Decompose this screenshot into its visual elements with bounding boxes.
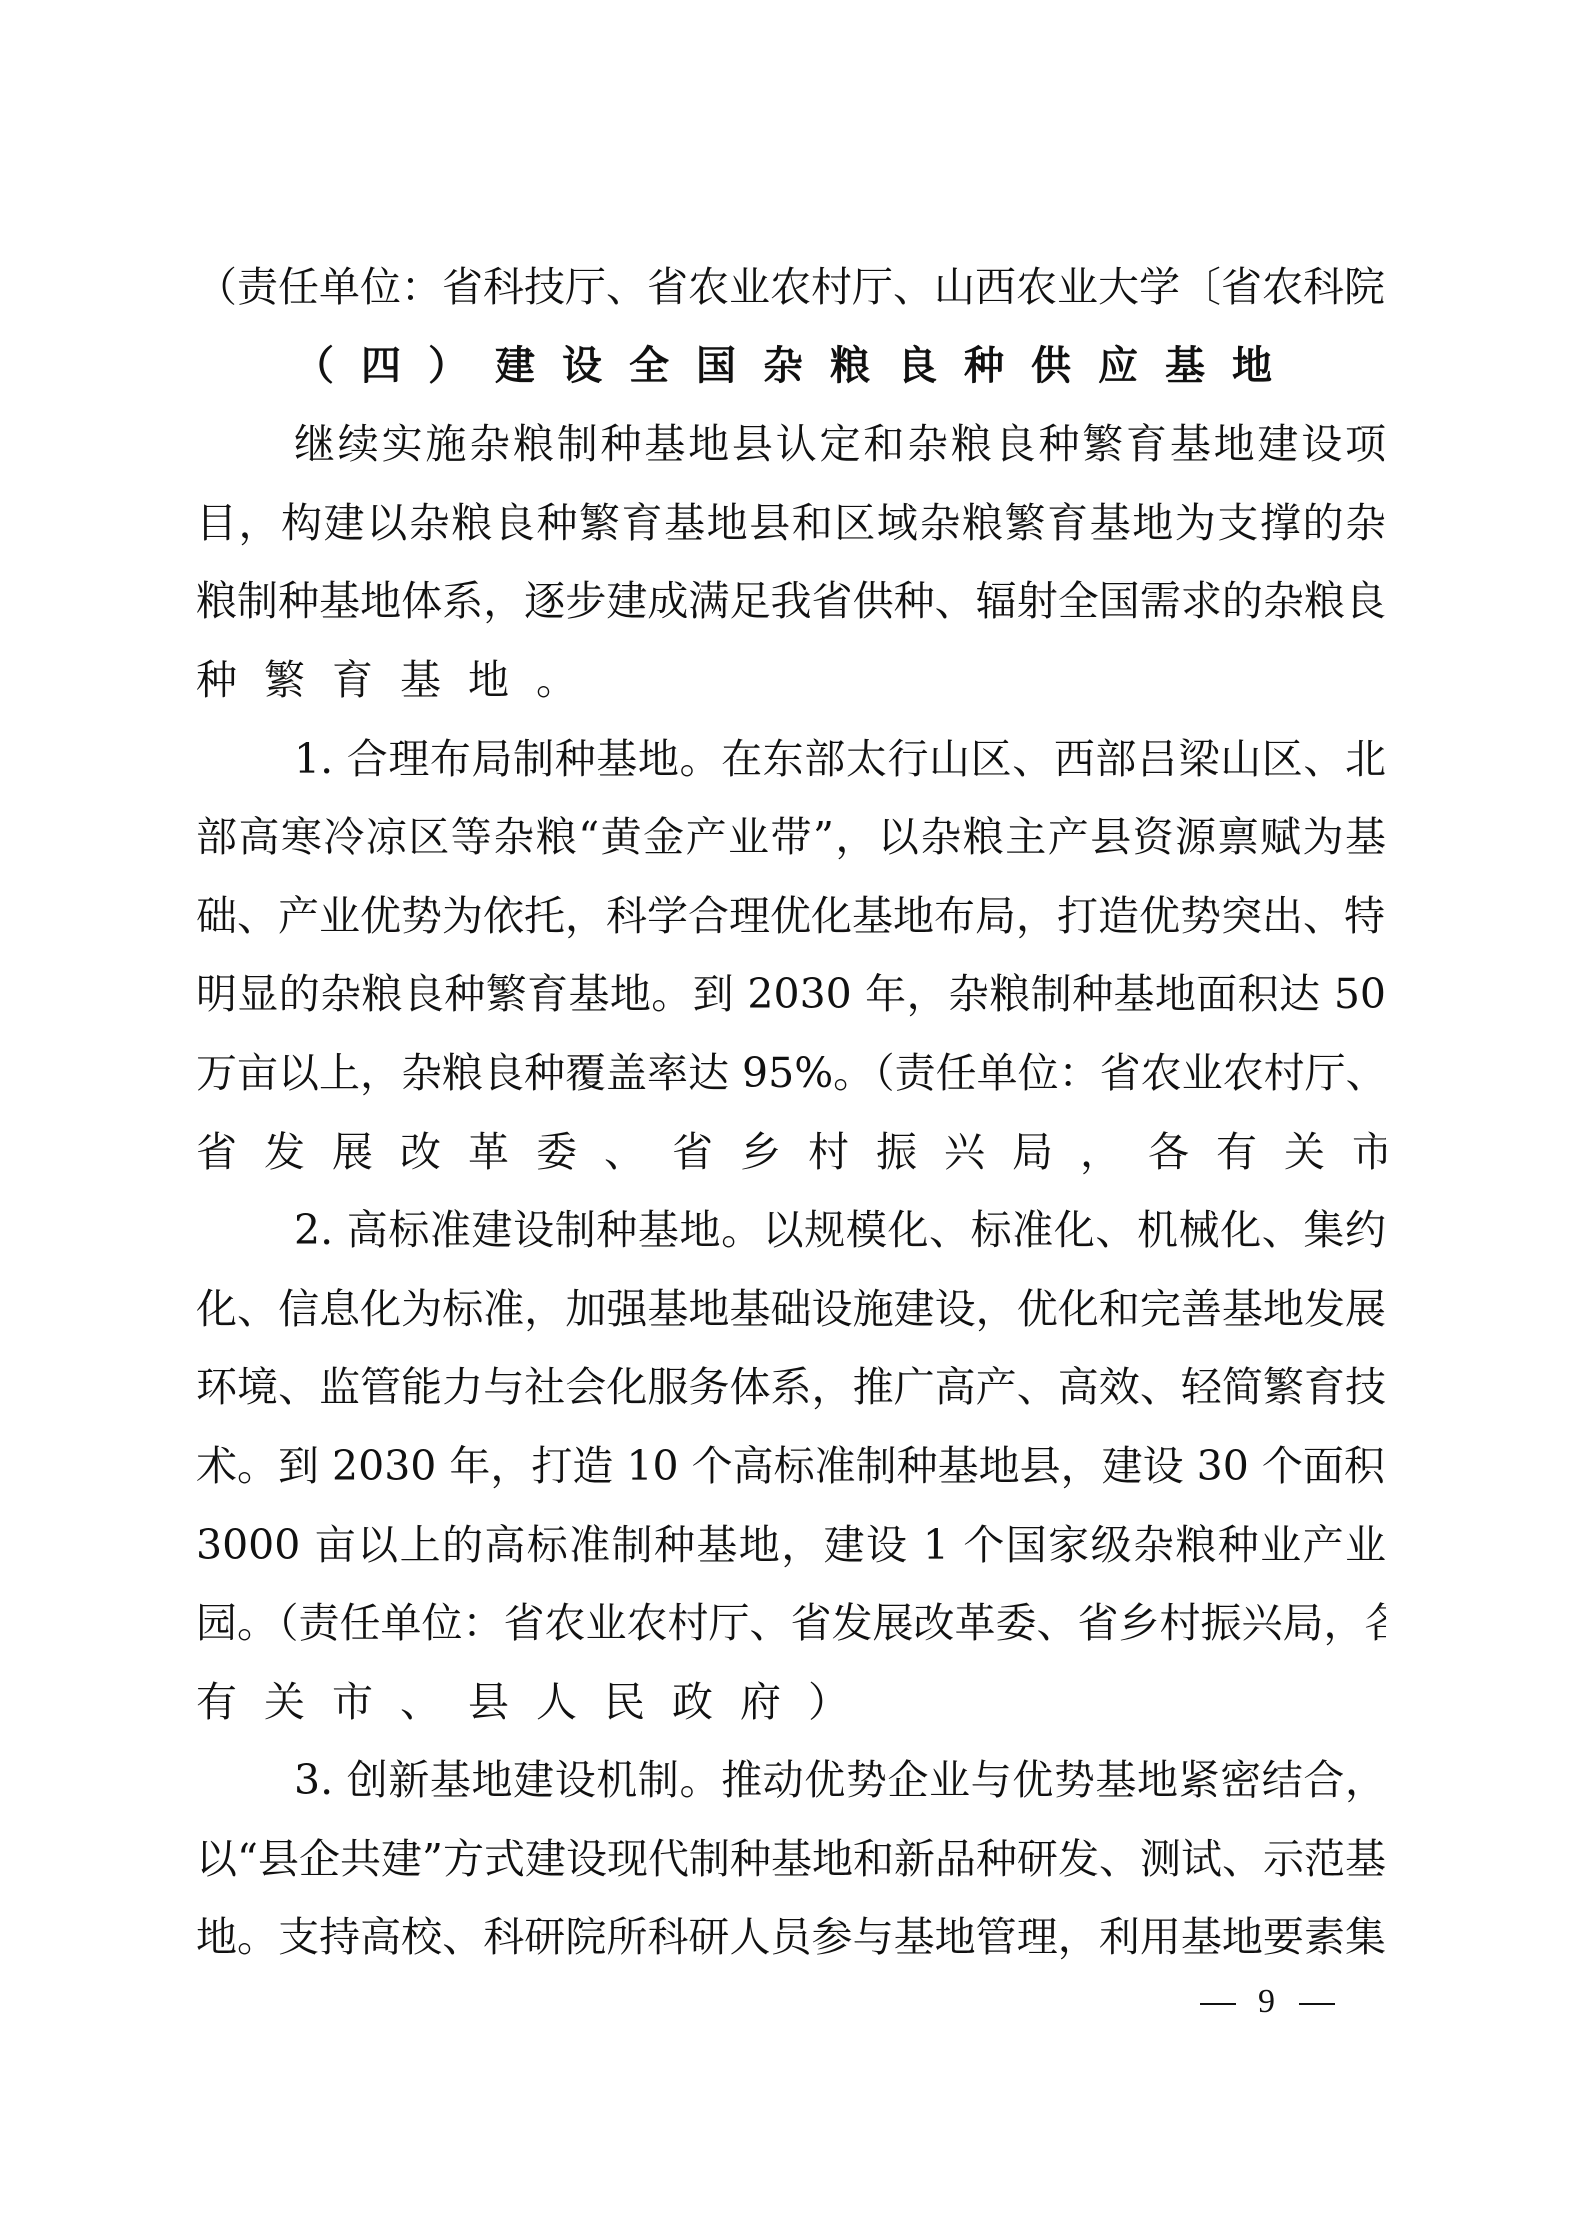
body-text: （责任单位：省科技厅、省农业农村厅、山西农业大学〔省农科院〕） （四）建设全国杂… <box>196 256 1386 1985</box>
paragraph-line: 万亩以上，杂粮良种覆盖率达 95%。（责任单位：省农业农村厅、 <box>196 1042 1386 1121</box>
paragraph-line: 继续实施杂粮制种基地县认定和杂粮良种繁育基地建设项 <box>196 413 1386 492</box>
section-heading: （四）建设全国杂粮良种供应基地 <box>196 335 1386 414</box>
responsibility-note-line: （责任单位：省科技厅、省农业农村厅、山西农业大学〔省农科院〕） <box>196 256 1386 335</box>
page-number-value: 9 <box>1258 1983 1277 2020</box>
paragraph-line: 地。支持高校、科研院所科研人员参与基地管理，利用基地要素集 <box>196 1906 1386 1985</box>
document-page: （责任单位：省科技厅、省农业农村厅、山西农业大学〔省农科院〕） （四）建设全国杂… <box>0 0 1581 2217</box>
paragraph-line: 术。到 2030 年，打造 10 个高标准制种基地县，建设 30 个面积在 <box>196 1435 1386 1514</box>
paragraph-line: 础、产业优势为依托，科学合理优化基地布局，打造优势突出、特色 <box>196 885 1386 964</box>
responsibility-note-line: 有关市、县人民政府） <box>196 1671 1386 1750</box>
item-3-first-line: 3. 创新基地建设机制。推动优势企业与优势基地紧密结合， <box>196 1749 1386 1828</box>
responsibility-note-line: 省发展改革委、省乡村振兴局，各有关市、县人民政府） <box>196 1121 1386 1200</box>
dash-right <box>1299 2003 1335 2005</box>
paragraph-line: 园。（责任单位：省农业农村厅、省发展改革委、省乡村振兴局，各 <box>196 1592 1386 1671</box>
page-number: 9 <box>1178 1983 1357 2021</box>
paragraph-line: 明显的杂粮良种繁育基地。到 2030 年，杂粮制种基地面积达 50 <box>196 963 1386 1042</box>
paragraph-line: 部高寒冷凉区等杂粮“黄金产业带”，以杂粮主产县资源禀赋为基 <box>196 806 1386 885</box>
paragraph-line: 以“县企共建”方式建设现代制种基地和新品种研发、测试、示范基 <box>196 1828 1386 1907</box>
paragraph-line: 粮制种基地体系，逐步建成满足我省供种、辐射全国需求的杂粮良 <box>196 570 1386 649</box>
paragraph-line: 化、信息化为标准，加强基地基础设施建设，优化和完善基地发展 <box>196 1278 1386 1357</box>
dash-left <box>1200 2003 1236 2005</box>
paragraph-line: 环境、监管能力与社会化服务体系，推广高产、高效、轻简繁育技 <box>196 1356 1386 1435</box>
paragraph-line: 3000 亩以上的高标准制种基地，建设 1 个国家级杂粮种业产业 <box>196 1514 1386 1593</box>
paragraph-line: 种繁育基地。 <box>196 649 1386 728</box>
paragraph-line: 目，构建以杂粮良种繁育基地县和区域杂粮繁育基地为支撑的杂 <box>196 492 1386 571</box>
item-2-first-line: 2. 高标准建设制种基地。以规模化、标准化、机械化、集约 <box>196 1199 1386 1278</box>
item-1-first-line: 1. 合理布局制种基地。在东部太行山区、西部吕梁山区、北 <box>196 728 1386 807</box>
